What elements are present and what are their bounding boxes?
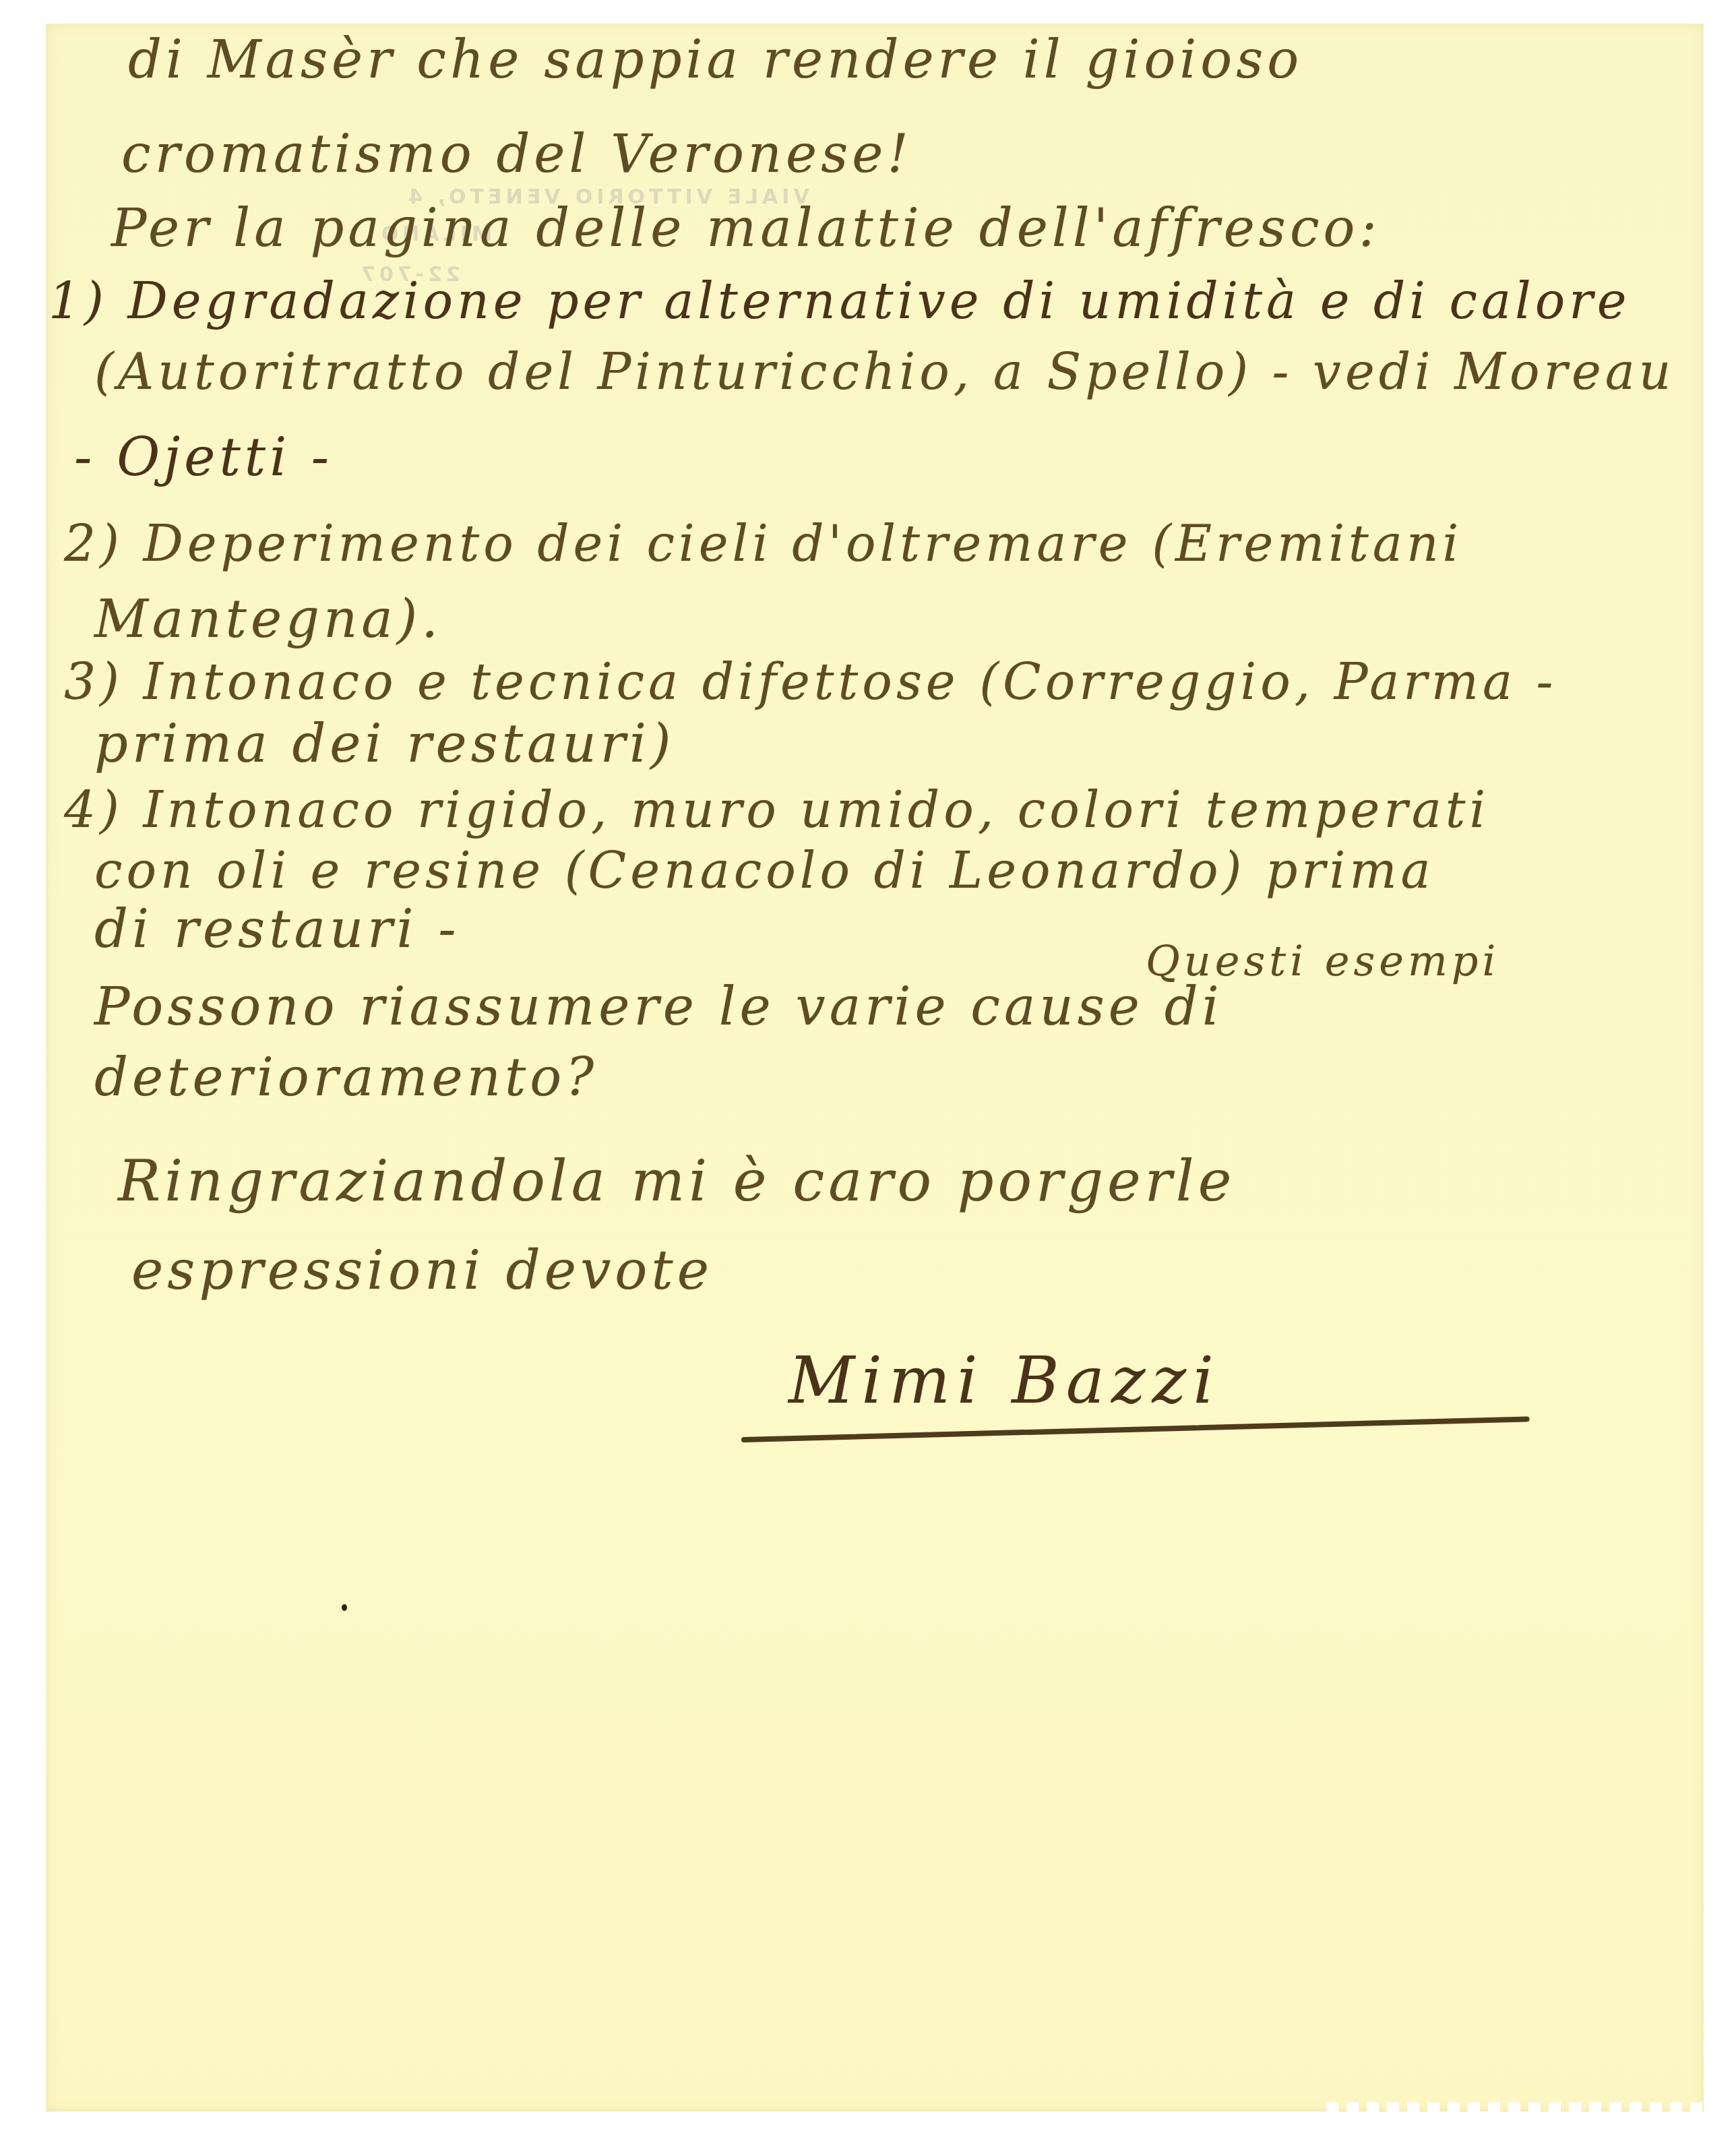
letter-line-1: di Masèr che sappia rendere il gioioso [128,34,1303,86]
letter-line-4: 1) Degradazione per alternative di umidi… [49,276,1630,326]
letter-line-12: con oli e resine (Cenacolo di Leonardo) … [94,846,1435,896]
interlinear-insertion: Questi esempi [1146,940,1499,982]
letter-line-8: Mantegna). [94,593,442,646]
letter-line-7: 2) Deperimento dei cieli d'oltremare (Er… [64,519,1462,569]
letter-line-11: 4) Intonaco rigido, muro umido, colori t… [64,785,1489,835]
bleed-through-texture [135,499,1617,499]
letter-line-6: - Ojetti - [74,431,333,484]
letter-line-5: (Autoritratto del Pinturicchio, a Spello… [94,347,1675,397]
letter-line-15: deterioramento? [94,1051,598,1104]
ink-speck [342,1604,347,1611]
letter-line-9: 3) Intonaco e tecnica difettose (Corregg… [64,657,1557,707]
letter-line-14: Possono riassumere le varie cause di [94,981,1223,1033]
letter-line-10: prima dei restauri) [94,718,675,770]
letter-line-3: Per la pagina delle malattie dell'affres… [111,202,1381,255]
letter-closing-line-1: Ringraziandola mi è caro porgerle [118,1153,1235,1209]
letter-line-2: cromatismo del Veronese! [121,128,912,181]
letter-closing-line-2: espressioni devote [131,1244,713,1298]
letter-line-13: di restauri - [94,903,460,956]
signature: Mimi Bazzi [788,1348,1220,1413]
